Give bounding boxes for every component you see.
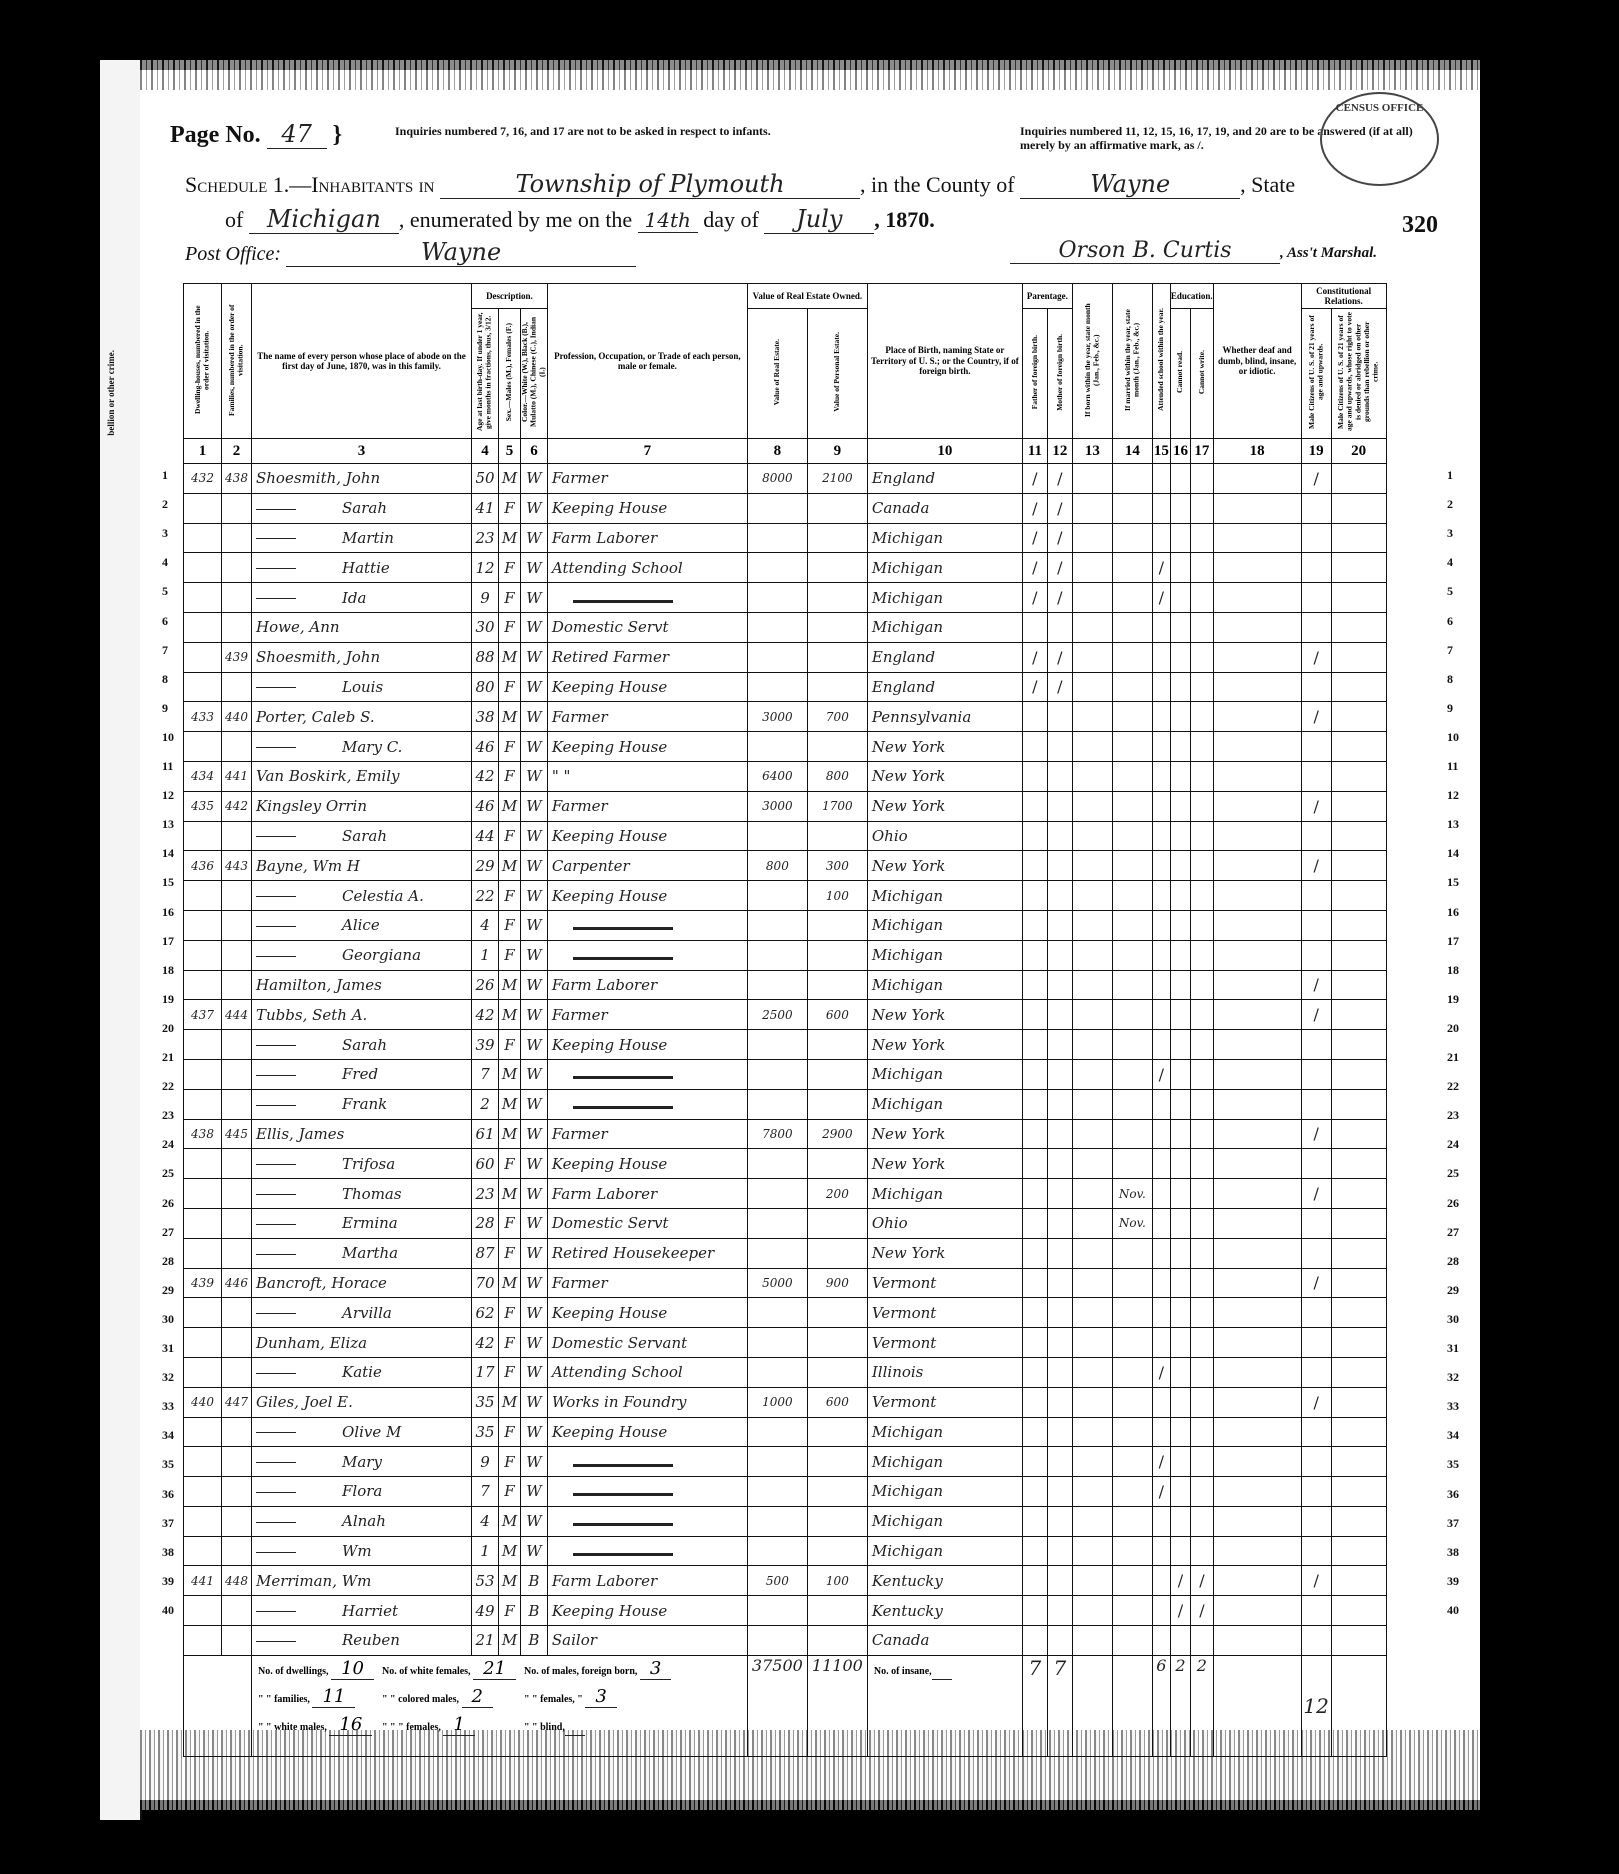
vote-denied-mark — [1331, 1596, 1386, 1626]
married-within-year: Nov. — [1112, 1179, 1152, 1209]
color: W — [521, 1089, 548, 1119]
personal-estate-value — [807, 1536, 867, 1566]
dwelling-number: 435 — [184, 791, 222, 821]
person-name: Hamilton, James — [252, 970, 472, 1000]
personal-estate-value: 600 — [807, 1000, 867, 1030]
sex: F — [499, 732, 521, 762]
color: B — [521, 1566, 548, 1596]
citizen-mark — [1301, 910, 1331, 940]
real-estate-value — [747, 1447, 807, 1477]
person-name: Giles, Joel E. — [252, 1387, 472, 1417]
color: B — [521, 1626, 548, 1656]
citizens-total: 12 — [1301, 1655, 1331, 1756]
deaf-blind — [1213, 851, 1301, 881]
citizen-mark — [1301, 583, 1331, 613]
person-name: Reuben — [252, 1626, 472, 1656]
personal-estate-value: 2900 — [807, 1119, 867, 1149]
dwelling-number — [184, 1238, 222, 1268]
line-number: 29 — [1447, 1283, 1459, 1298]
line-number: 40 — [1447, 1603, 1459, 1618]
line-number: 9 — [162, 701, 168, 716]
birthplace: New York — [867, 761, 1022, 791]
attended-school-mark — [1152, 761, 1170, 791]
blank-occupation-line — [573, 1464, 673, 1467]
born-within-year — [1072, 851, 1112, 881]
dwelling-number — [184, 1298, 222, 1328]
given-name: Ermina — [302, 1214, 398, 1232]
born-within-year — [1072, 1506, 1112, 1536]
blind-label: " " blind, — [524, 1722, 565, 1733]
ditto-dash — [256, 926, 296, 927]
line-number: 39 — [1447, 1574, 1459, 1589]
citizen-mark: / — [1301, 791, 1331, 821]
born-within-year-total — [1072, 1655, 1112, 1756]
born-within-year — [1072, 1059, 1112, 1089]
cannot-write-mark — [1191, 493, 1214, 523]
cannot-write-mark — [1191, 940, 1214, 970]
personal-estate-value — [807, 1477, 867, 1507]
line-number: 19 — [162, 992, 174, 1007]
occupation: Keeping House — [547, 1298, 747, 1328]
real-estate-value — [747, 1536, 807, 1566]
family-number: 441 — [222, 761, 252, 791]
family-number: 445 — [222, 1119, 252, 1149]
col-header-citizens: Male Citizens of U. S. of 21 years of ag… — [1301, 309, 1331, 439]
citizen-mark — [1301, 1238, 1331, 1268]
personal-estate-value — [807, 910, 867, 940]
born-within-year — [1072, 1089, 1112, 1119]
birthplace: Michigan — [867, 1059, 1022, 1089]
sex: F — [499, 1030, 521, 1060]
cannot-read-mark — [1170, 464, 1190, 494]
person-name: Olive M — [252, 1417, 472, 1447]
column-number-row: 1 2 3 4 5 6 7 8 9 10 11 12 13 14 15 16 1… — [184, 439, 1387, 464]
family-number: 440 — [222, 702, 252, 732]
attended-school-mark — [1152, 1119, 1170, 1149]
citizen-mark — [1301, 1089, 1331, 1119]
cannot-write-mark: / — [1191, 1566, 1214, 1596]
father-foreign-mark — [1022, 1089, 1047, 1119]
cannot-read-mark — [1170, 1626, 1190, 1656]
post-office-label: Post Office: — [185, 243, 281, 265]
mother-foreign-mark: / — [1047, 493, 1072, 523]
married-within-year — [1112, 612, 1152, 642]
col-number: 4 — [472, 439, 499, 464]
age: 88 — [472, 642, 499, 672]
father-foreign-mark — [1022, 1626, 1047, 1656]
cannot-read-mark — [1170, 732, 1190, 762]
cannot-write-mark — [1191, 1477, 1214, 1507]
attended-school-mark — [1152, 1536, 1170, 1566]
deaf-blind — [1213, 583, 1301, 613]
line-number: 30 — [1447, 1312, 1459, 1327]
father-foreign-mark — [1022, 1268, 1047, 1298]
citizen-mark — [1301, 1030, 1331, 1060]
dwelling-number: 437 — [184, 1000, 222, 1030]
married-within-year-total — [1112, 1655, 1152, 1756]
vote-denied-mark — [1331, 612, 1386, 642]
col-number: 17 — [1191, 439, 1214, 464]
deaf-blind — [1213, 1417, 1301, 1447]
family-number — [222, 523, 252, 553]
surname: Dunham, Eliza — [256, 1334, 367, 1352]
attended-school-mark — [1152, 1179, 1170, 1209]
born-within-year — [1072, 523, 1112, 553]
ditto-dash — [256, 1522, 296, 1523]
family-number — [222, 970, 252, 1000]
real-estate-value — [747, 553, 807, 583]
blank-occupation-line — [573, 600, 673, 603]
birthplace: New York — [867, 1149, 1022, 1179]
sex: F — [499, 1149, 521, 1179]
sex: F — [499, 1596, 521, 1626]
ditto-dash — [256, 1105, 296, 1106]
person-name: Ermina — [252, 1208, 472, 1238]
birthplace: Illinois — [867, 1357, 1022, 1387]
year-label: , 1870. — [874, 207, 935, 232]
married-within-year — [1112, 910, 1152, 940]
real-estate-value — [747, 1030, 807, 1060]
col-number: 1 — [184, 439, 222, 464]
person-name: Sarah — [252, 493, 472, 523]
cannot-write-total: 2 — [1191, 1655, 1214, 1756]
born-within-year — [1072, 1208, 1112, 1238]
col-group-parentage: Parentage. — [1022, 284, 1072, 309]
color: W — [521, 583, 548, 613]
surname: Giles, Joel E. — [256, 1393, 353, 1411]
line-number: 31 — [162, 1341, 174, 1356]
family-number — [222, 1059, 252, 1089]
father-foreign-mark: / — [1022, 464, 1047, 494]
age: 49 — [472, 1596, 499, 1626]
family-number: 446 — [222, 1268, 252, 1298]
cannot-write-mark — [1191, 1447, 1214, 1477]
married-within-year — [1112, 881, 1152, 911]
real-estate-value — [747, 1357, 807, 1387]
mother-foreign-mark — [1047, 702, 1072, 732]
mother-foreign-mark — [1047, 1149, 1072, 1179]
sex: M — [499, 702, 521, 732]
color: W — [521, 493, 548, 523]
birthplace: Michigan — [867, 1089, 1022, 1119]
col-header-mother-foreign: Mother of foreign birth. — [1047, 309, 1072, 439]
occupation — [547, 1447, 747, 1477]
occupation: Keeping House — [547, 1030, 747, 1060]
table-row: 440447Giles, Joel E.35MWWorks in Foundry… — [184, 1387, 1387, 1417]
cannot-write-mark — [1191, 1208, 1214, 1238]
citizen-mark — [1301, 732, 1331, 762]
occupation: Attending School — [547, 1357, 747, 1387]
attended-school-mark — [1152, 791, 1170, 821]
col-number: 3 — [252, 439, 472, 464]
father-foreign-mark — [1022, 1506, 1047, 1536]
father-foreign-mark — [1022, 702, 1047, 732]
age: 22 — [472, 881, 499, 911]
father-foreign-mark — [1022, 612, 1047, 642]
deaf-blind — [1213, 1119, 1301, 1149]
blank-occupation-line — [573, 927, 673, 930]
col-number: 16 — [1170, 439, 1190, 464]
age: 9 — [472, 583, 499, 613]
father-foreign-mark: / — [1022, 493, 1047, 523]
table-row: Katie17FWAttending SchoolIllinois/ — [184, 1357, 1387, 1387]
cannot-write-mark: / — [1191, 1596, 1214, 1626]
col-number: 20 — [1331, 439, 1386, 464]
mother-foreign-mark — [1047, 910, 1072, 940]
white-females-count: 21 — [473, 1658, 516, 1680]
vote-denied-total — [1331, 1655, 1386, 1756]
sex: F — [499, 672, 521, 702]
occupation — [547, 910, 747, 940]
table-row: 437444Tubbs, Seth A.42MWFarmer2500600New… — [184, 1000, 1387, 1030]
attended-school-mark — [1152, 821, 1170, 851]
dwelling-number — [184, 1447, 222, 1477]
born-within-year — [1072, 821, 1112, 851]
cannot-read-mark — [1170, 1417, 1190, 1447]
birthplace: England — [867, 464, 1022, 494]
born-within-year — [1072, 1447, 1112, 1477]
family-number: 442 — [222, 791, 252, 821]
vote-denied-mark — [1331, 1566, 1386, 1596]
vote-denied-mark — [1331, 1626, 1386, 1656]
married-within-year — [1112, 1357, 1152, 1387]
married-within-year — [1112, 1298, 1152, 1328]
blank-occupation-line — [573, 1106, 673, 1109]
mother-foreign-mark — [1047, 821, 1072, 851]
deaf-blind — [1213, 493, 1301, 523]
personal-estate-value — [807, 493, 867, 523]
cannot-read-mark — [1170, 1328, 1190, 1358]
real-estate-value — [747, 672, 807, 702]
birthplace: Michigan — [867, 612, 1022, 642]
citizen-mark — [1301, 1328, 1331, 1358]
real-estate-value: 3000 — [747, 702, 807, 732]
married-within-year — [1112, 1030, 1152, 1060]
father-foreign-mark — [1022, 1149, 1047, 1179]
sex: M — [499, 1059, 521, 1089]
col-header-born-within-year: If born within the year, state month (Ja… — [1072, 284, 1112, 439]
citizen-mark — [1301, 1357, 1331, 1387]
dwelling-number — [184, 493, 222, 523]
vote-denied-mark — [1331, 1000, 1386, 1030]
surname: Hamilton, James — [256, 976, 382, 994]
citizen-mark — [1301, 672, 1331, 702]
col-header-birthplace: Place of Birth, naming State or Territor… — [867, 284, 1022, 439]
age: 61 — [472, 1119, 499, 1149]
sex: F — [499, 612, 521, 642]
personal-estate-value — [807, 970, 867, 1000]
married-within-year — [1112, 702, 1152, 732]
line-number: 4 — [162, 555, 168, 570]
cannot-write-mark — [1191, 523, 1214, 553]
cannot-read-mark — [1170, 553, 1190, 583]
mother-foreign-mark — [1047, 1268, 1072, 1298]
colored-males-count: 2 — [462, 1686, 493, 1708]
dwelling-number — [184, 1417, 222, 1447]
line-number: 3 — [162, 526, 168, 541]
personal-estate-value — [807, 1238, 867, 1268]
line-number: 13 — [162, 817, 174, 832]
attended-school-mark — [1152, 881, 1170, 911]
line-number: 15 — [1447, 875, 1459, 890]
real-estate-value — [747, 1506, 807, 1536]
attended-school-mark — [1152, 732, 1170, 762]
color: W — [521, 642, 548, 672]
col-header-dwelling: Dwelling-houses, numbered in the order o… — [184, 284, 222, 439]
married-within-year — [1112, 1506, 1152, 1536]
deaf-blind — [1213, 910, 1301, 940]
county-field: Wayne — [1020, 170, 1240, 199]
born-within-year — [1072, 1298, 1112, 1328]
line-number: 35 — [162, 1457, 174, 1472]
col-header-attended-school: Attended school within the year. — [1152, 284, 1170, 439]
mother-foreign-mark — [1047, 1059, 1072, 1089]
vote-denied-mark — [1331, 672, 1386, 702]
mother-foreign-mark — [1047, 1506, 1072, 1536]
citizen-mark — [1301, 1208, 1331, 1238]
deaf-blind — [1213, 1447, 1301, 1477]
age: 87 — [472, 1238, 499, 1268]
age: 7 — [472, 1059, 499, 1089]
family-number — [222, 940, 252, 970]
line-number: 24 — [162, 1137, 174, 1152]
personal-estate-value: 600 — [807, 1387, 867, 1417]
personal-estate-value — [807, 940, 867, 970]
cannot-write-mark — [1191, 1000, 1214, 1030]
family-number: 447 — [222, 1387, 252, 1417]
table-row: Sarah39FWKeeping HouseNew York — [184, 1030, 1387, 1060]
age: 4 — [472, 1506, 499, 1536]
mother-foreign-mark — [1047, 1119, 1072, 1149]
cannot-read-mark — [1170, 1089, 1190, 1119]
married-within-year — [1112, 1268, 1152, 1298]
age: 7 — [472, 1477, 499, 1507]
personal-estate-value — [807, 1149, 867, 1179]
person-name: Tubbs, Seth A. — [252, 1000, 472, 1030]
father-foreign-total: 7 — [1022, 1655, 1047, 1756]
col-header-occupation: Profession, Occupation, or Trade of each… — [547, 284, 747, 439]
vote-denied-mark — [1331, 1119, 1386, 1149]
family-number: 448 — [222, 1566, 252, 1596]
table-row: Hamilton, James26MWFarm LaborerMichigan/ — [184, 970, 1387, 1000]
father-foreign-mark — [1022, 1208, 1047, 1238]
age: 2 — [472, 1089, 499, 1119]
white-females-label: No. of white females, — [382, 1666, 471, 1677]
place-field: Township of Plymouth — [440, 170, 860, 199]
table-row: Flora7FWMichigan/ — [184, 1477, 1387, 1507]
occupation: Keeping House — [547, 732, 747, 762]
cannot-write-mark — [1191, 1268, 1214, 1298]
enumerated-label: , enumerated by me on the — [399, 207, 632, 232]
line-number: 30 — [162, 1312, 174, 1327]
real-estate-value — [747, 583, 807, 613]
occupation: Retired Housekeeper — [547, 1238, 747, 1268]
line-number: 18 — [1447, 963, 1459, 978]
age: 60 — [472, 1149, 499, 1179]
surname: Merriman, Wm — [256, 1572, 371, 1590]
sex: F — [499, 881, 521, 911]
given-name: Sarah — [302, 499, 387, 517]
born-within-year — [1072, 1179, 1112, 1209]
occupation: Works in Foundry — [547, 1387, 747, 1417]
given-name: Arvilla — [302, 1304, 392, 1322]
person-name: Alnah — [252, 1506, 472, 1536]
vote-denied-mark — [1331, 1089, 1386, 1119]
sex: F — [499, 821, 521, 851]
citizen-mark: / — [1301, 1179, 1331, 1209]
surname: Tubbs, Seth A. — [256, 1006, 367, 1024]
given-name: Mary — [302, 1453, 382, 1471]
born-within-year — [1072, 1566, 1112, 1596]
colored-males-label: " " colored males, — [382, 1694, 459, 1705]
birthplace: Ohio — [867, 821, 1022, 851]
birthplace: England — [867, 642, 1022, 672]
mother-foreign-mark — [1047, 881, 1072, 911]
age: 46 — [472, 791, 499, 821]
person-name: Howe, Ann — [252, 612, 472, 642]
dwelling-number: 432 — [184, 464, 222, 494]
family-number — [222, 1328, 252, 1358]
birthplace: Michigan — [867, 881, 1022, 911]
age: 30 — [472, 612, 499, 642]
occupation: Farmer — [547, 1119, 747, 1149]
line-number: 16 — [162, 905, 174, 920]
mother-foreign-mark — [1047, 1000, 1072, 1030]
table-row: 434441Van Boskirk, Emily42FW" "6400800Ne… — [184, 761, 1387, 791]
color: W — [521, 464, 548, 494]
cannot-read-mark — [1170, 851, 1190, 881]
deaf-blind — [1213, 1328, 1301, 1358]
birthplace: Canada — [867, 493, 1022, 523]
person-name: Celestia A. — [252, 881, 472, 911]
family-number: 439 — [222, 642, 252, 672]
citizen-mark: / — [1301, 1119, 1331, 1149]
col-header-name: The name of every person whose place of … — [252, 284, 472, 439]
age: 26 — [472, 970, 499, 1000]
sex: F — [499, 1208, 521, 1238]
mother-foreign-mark: / — [1047, 553, 1072, 583]
born-within-year — [1072, 612, 1112, 642]
color: W — [521, 1298, 548, 1328]
attended-school-mark — [1152, 672, 1170, 702]
cannot-write-mark — [1191, 1059, 1214, 1089]
color: W — [521, 523, 548, 553]
table-row: Sarah41FWKeeping HouseCanada// — [184, 493, 1387, 523]
born-within-year — [1072, 553, 1112, 583]
mother-foreign-mark: / — [1047, 464, 1072, 494]
margin-header-fragment: bellion or other crime. — [106, 350, 116, 436]
cannot-write-mark — [1191, 1179, 1214, 1209]
dwelling-number — [184, 1357, 222, 1387]
birthplace: Vermont — [867, 1387, 1022, 1417]
sex: M — [499, 1179, 521, 1209]
cannot-read-mark — [1170, 702, 1190, 732]
color: W — [521, 1000, 548, 1030]
personal-estate-value — [807, 1208, 867, 1238]
sex: M — [499, 1000, 521, 1030]
color: W — [521, 1059, 548, 1089]
given-name: Georgiana — [302, 946, 421, 964]
cannot-write-mark — [1191, 1506, 1214, 1536]
line-number: 31 — [1447, 1341, 1459, 1356]
given-name: Louis — [302, 678, 383, 696]
sex: F — [499, 1328, 521, 1358]
given-name: Martin — [302, 529, 394, 547]
citizen-mark — [1301, 1596, 1331, 1626]
census-office-stamp: CENSUS OFFICE — [1320, 92, 1439, 186]
given-name: Sarah — [302, 827, 387, 845]
ditto-dash — [256, 1164, 296, 1165]
